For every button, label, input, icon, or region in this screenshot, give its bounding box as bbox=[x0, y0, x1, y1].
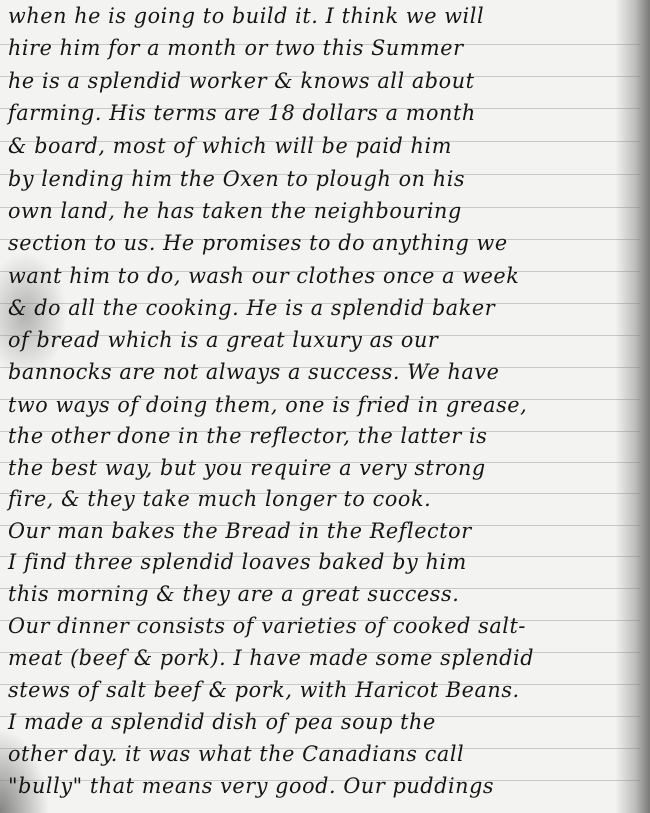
text-line: Our dinner consists of varieties of cook… bbox=[8, 612, 623, 640]
text-line: "bully" that means very good. Our puddin… bbox=[8, 772, 623, 800]
text-line: bannocks are not always a success. We ha… bbox=[8, 358, 623, 386]
text-line: I find three splendid loaves baked by hi… bbox=[8, 548, 623, 576]
text-line: other day. it was what the Canadians cal… bbox=[8, 740, 623, 768]
text-line: want him to do, wash our clothes once a … bbox=[8, 262, 623, 290]
text-line: & board, most of which will be paid him bbox=[8, 132, 623, 160]
text-line: hire him for a month or two this Summer bbox=[8, 34, 623, 62]
text-line: Our man bakes the Bread in the Reflector bbox=[8, 517, 623, 545]
text-line: this morning & they are a great success. bbox=[8, 580, 623, 608]
text-line: stews of salt beef & pork, with Haricot … bbox=[8, 676, 623, 704]
text-line: fire, & they take much longer to cook. bbox=[8, 485, 623, 513]
text-line: & do all the cooking. He is a splendid b… bbox=[8, 294, 623, 322]
text-line: section to us. He promises to do anythin… bbox=[8, 229, 623, 257]
text-line: farming. His terms are 18 dollars a mont… bbox=[8, 99, 623, 127]
text-line: when he is going to build it. I think we… bbox=[8, 2, 623, 30]
text-line: the best way, but you require a very str… bbox=[8, 454, 623, 482]
text-line: own land, he has taken the neighbouring bbox=[8, 197, 623, 225]
text-line: the other done in the reflector, the lat… bbox=[8, 422, 623, 450]
text-line: he is a splendid worker & knows all abou… bbox=[8, 67, 623, 95]
text-line: I made a splendid dish of pea soup the bbox=[8, 708, 623, 736]
text-line: by lending him the Oxen to plough on his bbox=[8, 165, 623, 193]
text-line: meat (beef & pork). I have made some spl… bbox=[8, 644, 623, 672]
text-line: of bread which is a great luxury as our bbox=[8, 326, 623, 354]
scanned-letter-page: when he is going to build it. I think we… bbox=[0, 0, 650, 813]
text-line: two ways of doing them, one is fried in … bbox=[8, 391, 623, 419]
